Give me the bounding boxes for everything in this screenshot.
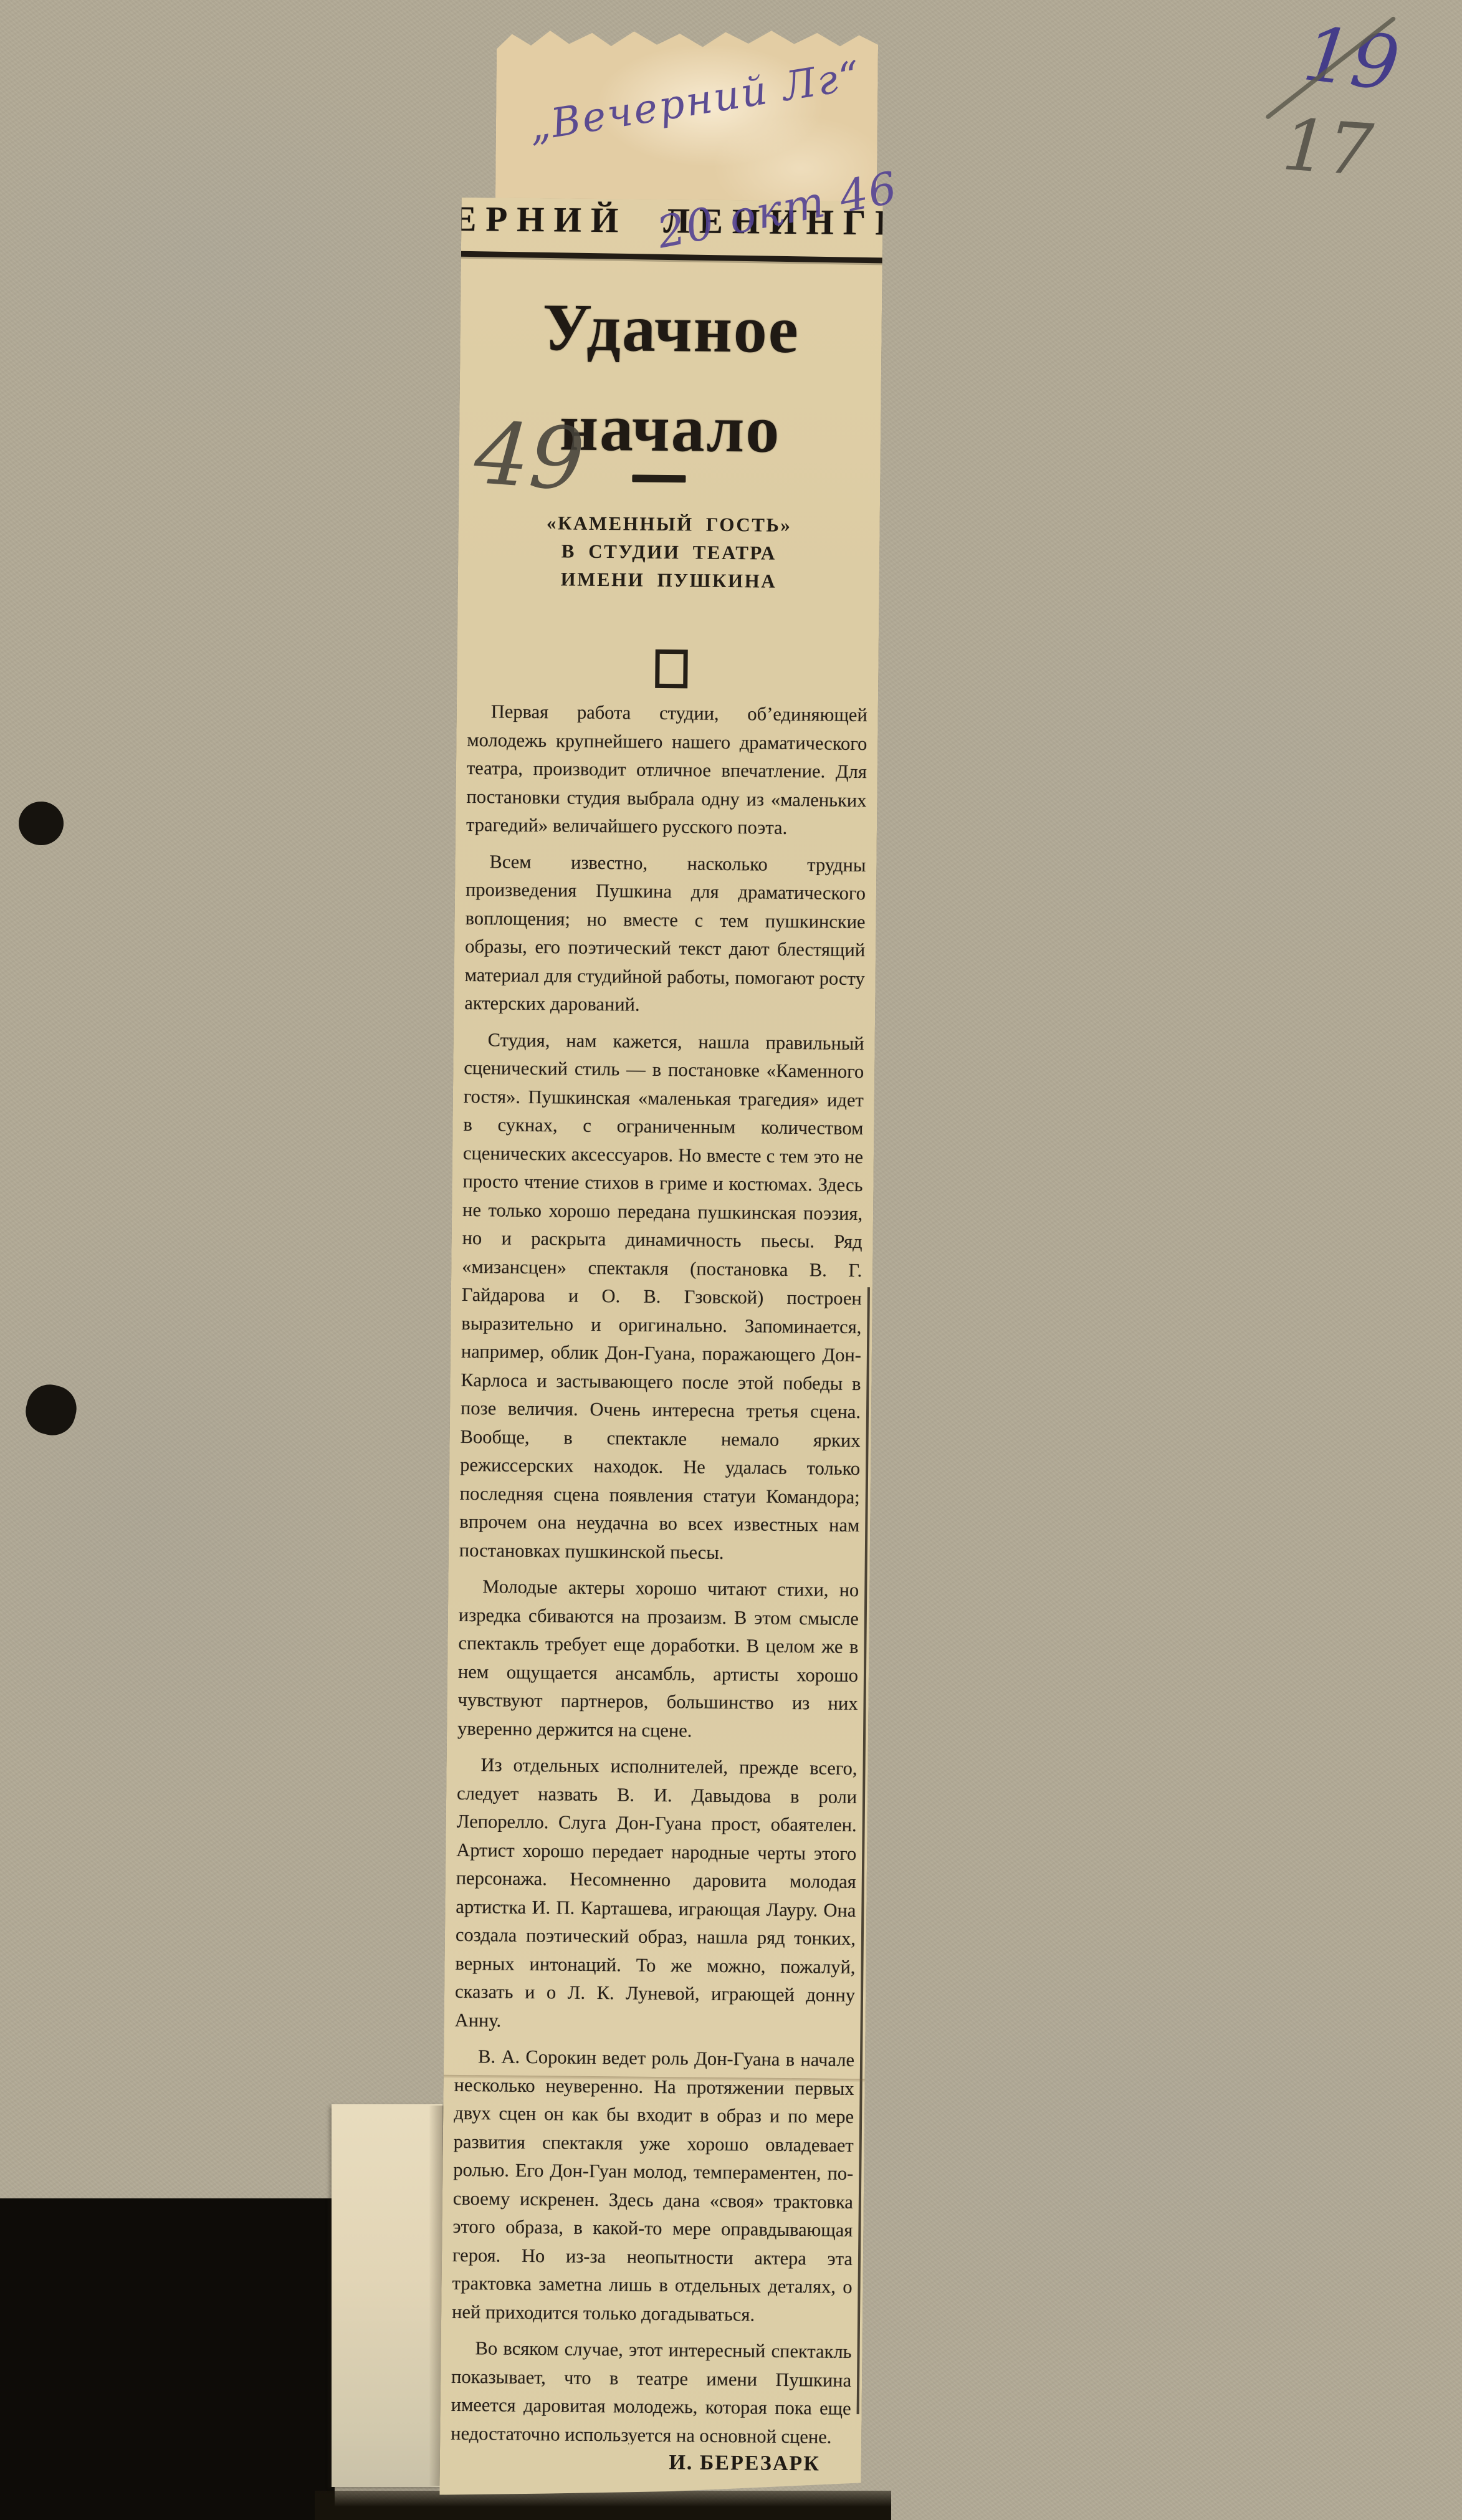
newspaper-clipping: ЕРНИЙ ЛЕНИНГР Удачное начало «КАМЕННЫЙ Г…	[439, 198, 882, 2499]
article-subtitle: «КАМЕННЫЙ ГОСТЬ» В СТУДИИ ТЕАТРА ИМЕНИ П…	[458, 508, 880, 596]
blank-clipping-strip	[332, 2104, 442, 2487]
subtitle-line: «КАМЕННЫЙ ГОСТЬ»	[458, 508, 879, 540]
hole-punch-bottom	[21, 1380, 82, 1440]
article-paragraph: В. А. Сорокин ведет роль Дон-Гуана в нач…	[452, 2043, 854, 2330]
article-paragraph: Студия, нам кажется, нашла правильный сц…	[459, 1025, 864, 1568]
article-paragraph: Первая работа студии, об’единяющей молод…	[466, 697, 867, 843]
scanned-album-page: ЕРНИЙ ЛЕНИНГР Удачное начало «КАМЕННЫЙ Г…	[0, 0, 1462, 2520]
page-number-current: 17	[1280, 103, 1376, 192]
subtitle-line: ИМЕНИ ПУШКИНА	[458, 564, 879, 596]
section-ornament-square	[655, 649, 688, 688]
article-signature: И. БЕРЕЗАРК	[440, 2449, 820, 2476]
subtitle-line: В СТУДИИ ТЕАТРА	[458, 536, 879, 568]
article-paragraph: Из отдельных исполнителей, прежде всего,…	[454, 1751, 857, 2038]
article-title-line1: Удачное	[460, 277, 882, 381]
scan-black-corner	[0, 2198, 335, 2520]
handwritten-clipping-number: 49	[472, 403, 588, 510]
title-divider-dash	[632, 474, 686, 482]
article-paragraph: Всем известно, насколько трудны произвед…	[464, 847, 866, 1021]
hole-punch-top	[19, 802, 64, 845]
clipping-bottom-shadow	[315, 2491, 891, 2520]
article-body: Первая работа студии, об’единяющей молод…	[451, 697, 867, 2446]
article-paragraph: Во всяком случае, этот интересный спекта…	[451, 2334, 852, 2446]
article-paragraph: Молодые актеры хорошо читают стихи, но и…	[457, 1573, 859, 1746]
